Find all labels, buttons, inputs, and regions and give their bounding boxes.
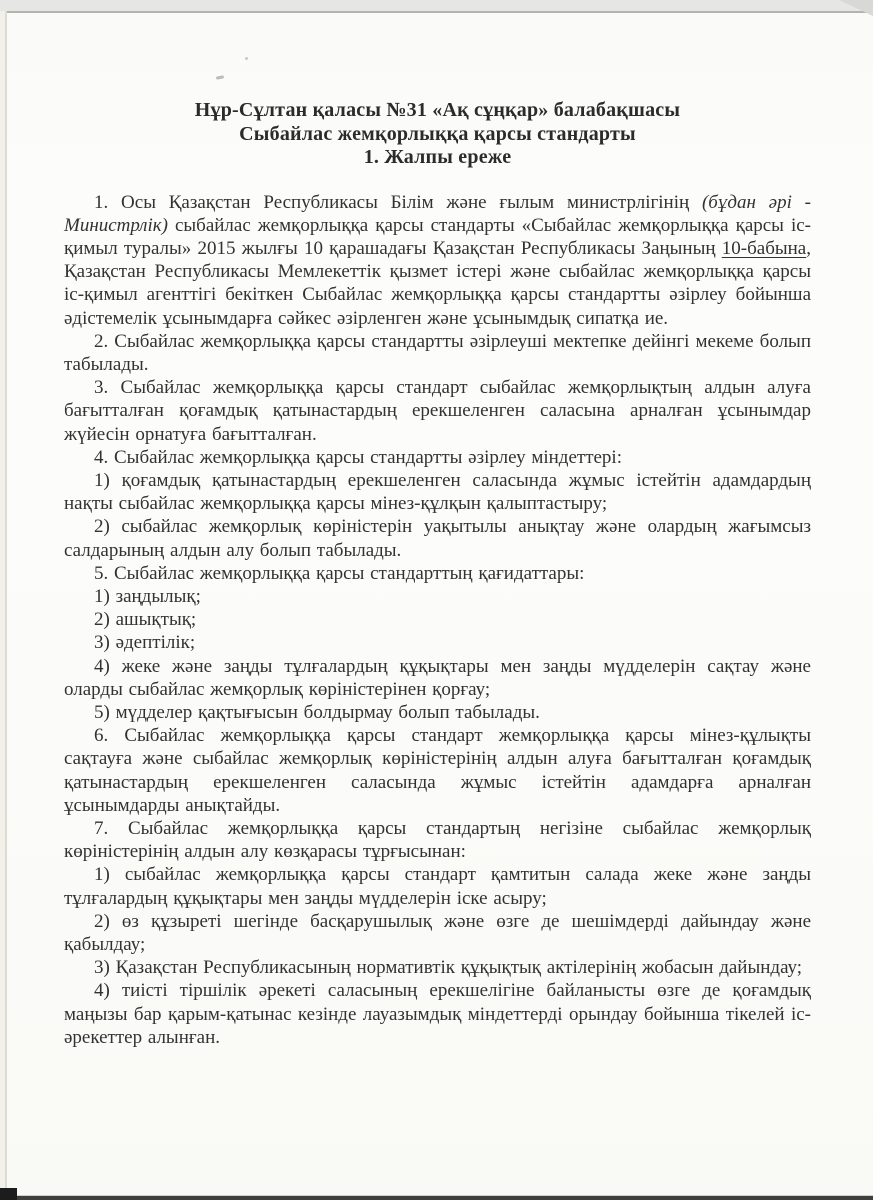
- paragraph: 2. Сыбайлас жемқорлыққа қарсы стандартты…: [64, 330, 811, 376]
- paragraph: 1) сыбайлас жемқорлыққа қарсы стандарт қ…: [64, 863, 811, 909]
- paragraph: 4) жеке және заңды тұлғалардың құқықтары…: [64, 655, 811, 701]
- paragraph: 2) ашықтық;: [64, 608, 811, 631]
- scan-speck: [216, 75, 224, 80]
- title-line-standard: Сыбайлас жемқорлыққа қарсы стандарты: [64, 123, 811, 147]
- paragraph: 2) сыбайлас жемқорлық көріністерін уақыт…: [64, 515, 811, 561]
- paragraph: 5. Сыбайлас жемқорлыққа қарсы стандартты…: [64, 562, 811, 585]
- paragraph: 1) заңдылық;: [64, 585, 811, 608]
- text-segment: 4) тиісті тіршілік әрекеті саласының ере…: [64, 980, 811, 1047]
- text-segment: 4. Сыбайлас жемқорлыққа қарсы стандартты…: [94, 447, 622, 468]
- scan-edge-bottom: [0, 1196, 873, 1200]
- text-segment: сыбайлас жемқорлыққа қарсы стандарты «Сы…: [64, 215, 811, 259]
- paragraph: 1) қоғамдық қатынастардың ерекшеленген с…: [64, 469, 811, 515]
- scan-corner-mark: [0, 1188, 17, 1200]
- text-segment: 4) жеке және заңды тұлғалардың құқықтары…: [64, 656, 811, 700]
- title-line-section: 1. Жалпы ереже: [64, 146, 811, 170]
- text-segment: 5. Сыбайлас жемқорлыққа қарсы стандартты…: [94, 563, 584, 584]
- document-title: Нұр-Сұлтан қаласы №31 «Ақ сұңқар» балаба…: [64, 99, 811, 170]
- paragraph: 3. Сыбайлас жемқорлыққа қарсы стандарт с…: [64, 376, 811, 446]
- title-line-organization: Нұр-Сұлтан қаласы №31 «Ақ сұңқар» балаба…: [64, 99, 811, 123]
- paragraph: 7. Сыбайлас жемқорлыққа қарсы стандартың…: [64, 817, 811, 863]
- text-segment: 2. Сыбайлас жемқорлыққа қарсы стандартты…: [64, 331, 811, 375]
- text-segment: 1. Осы Қазақстан Республикасы Білім және…: [94, 192, 702, 213]
- paragraph: 1. Осы Қазақстан Республикасы Білім және…: [64, 191, 811, 330]
- scan-corner-top-right: [839, 0, 873, 16]
- paragraph: 4) тиісті тіршілік әрекеті саласының ере…: [64, 979, 811, 1049]
- text-segment: 1) қоғамдық қатынастардың ерекшеленген с…: [64, 470, 811, 514]
- text-segment: 7. Сыбайлас жемқорлыққа қарсы стандартың…: [64, 818, 811, 862]
- paragraph: 2) өз құзыреті шегінде басқарушылық және…: [64, 910, 811, 956]
- scan-edge-top: [0, 0, 873, 13]
- paragraph: 4. Сыбайлас жемқорлыққа қарсы стандартты…: [64, 446, 811, 469]
- paragraph: 6. Сыбайлас жемқорлыққа қарсы стандарт ж…: [64, 724, 811, 817]
- document-content: Нұр-Сұлтан қаласы №31 «Ақ сұңқар» балаба…: [64, 99, 811, 1049]
- text-segment: 2) сыбайлас жемқорлық көріністерін уақыт…: [64, 516, 811, 560]
- scanned-page: Нұр-Сұлтан қаласы №31 «Ақ сұңқар» балаба…: [0, 0, 873, 1200]
- scan-speck: [245, 57, 248, 60]
- paragraph: 3) әдептілік;: [64, 631, 811, 654]
- text-segment: 3) әдептілік;: [94, 632, 195, 653]
- text-segment: 2) өз құзыреті шегінде басқарушылық және…: [64, 911, 811, 955]
- paragraph: 3) Қазақстан Республикасының нормативтік…: [64, 956, 811, 979]
- scan-paper-fold-line: [5, 11, 7, 1200]
- text-segment: 3) Қазақстан Республикасының нормативтік…: [94, 957, 802, 978]
- text-segment: 10-бабына: [722, 238, 806, 259]
- text-segment: 6. Сыбайлас жемқорлыққа қарсы стандарт ж…: [64, 725, 811, 816]
- text-segment: 1) сыбайлас жемқорлыққа қарсы стандарт қ…: [64, 864, 811, 908]
- text-segment: 1) заңдылық;: [94, 586, 201, 607]
- paragraph: 5) мүдделер қақтығысын болдырмау болып т…: [64, 701, 811, 724]
- document-body: 1. Осы Қазақстан Республикасы Білім және…: [64, 191, 811, 1050]
- text-segment: 3. Сыбайлас жемқорлыққа қарсы стандарт с…: [64, 377, 811, 444]
- text-segment: 5) мүдделер қақтығысын болдырмау болып т…: [94, 702, 540, 723]
- text-segment: 2) ашықтық;: [94, 609, 196, 630]
